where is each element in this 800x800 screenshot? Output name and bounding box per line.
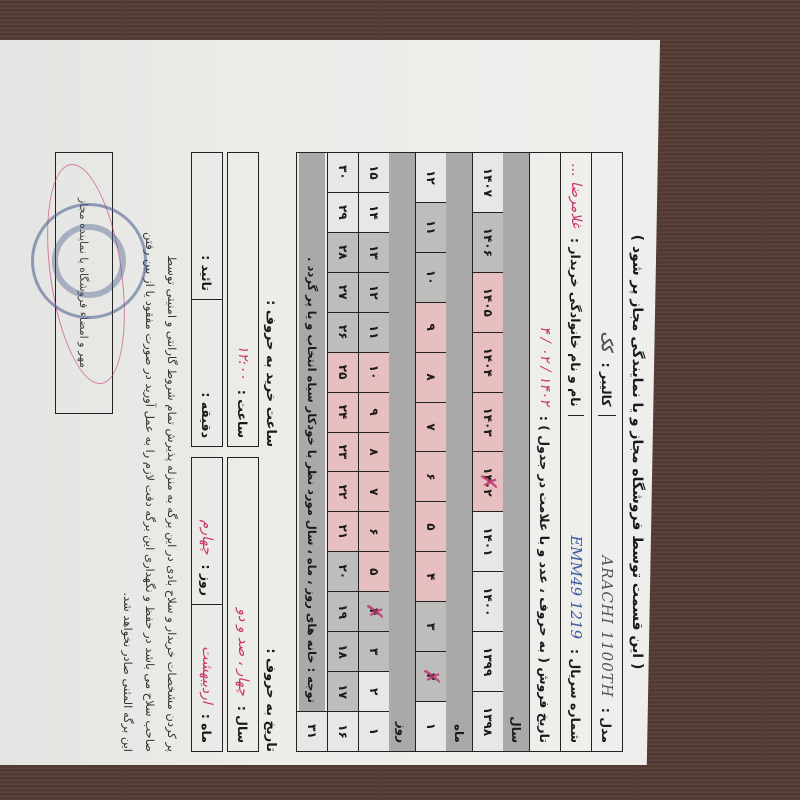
year-cell[interactable]: ۱۴۰۷ [473,153,503,212]
warranty-form: ( این قسمت توسط فروشگاه مجاز و یا نمایند… [25,152,645,752]
year-cell[interactable]: ۱۳۹۸ [473,691,503,751]
serial-row: شماره سریال : EMM49 1219 نام و نام خانوا… [560,153,591,751]
day-cell[interactable]: ۵ [359,551,389,591]
purchase-time-label: ساعت خرید به حروف : [263,152,278,447]
warranty-paper: ( این قسمت توسط فروشگاه مجاز و یا نمایند… [0,40,660,765]
model-row: مدل : ARACHI 1100TH کالیبر : کک [591,153,622,751]
month-cell[interactable]: ۹ [416,302,446,352]
day-cell[interactable]: ۱۸ [328,631,358,671]
day-cell[interactable]: ۲۴ [328,392,358,432]
sale-date-label: تاریخ فروش ( به حروف ، عدد و با علامت در… [538,416,553,743]
date-words-day: روز : چهارم [192,458,222,605]
year-cell[interactable]: ۱۴۰۵ [473,272,503,332]
buyer-value: غلامرضا ... [568,163,584,228]
date-words-month: ماه : اردیبهشت [192,605,222,751]
caliber-value: کک [598,332,616,353]
month-cell[interactable]: ۵ [416,501,446,551]
day-cell[interactable]: ۲۶ [328,312,358,352]
year-cell[interactable]: ۱۴۰۴ [473,332,503,392]
note-row: ۳۱ توجه : خانه های روز ، ماه ، سال مورد … [297,153,327,751]
year-words-value: چهار ، صد و دو [235,608,251,695]
time-confirm: تائید : [192,153,222,300]
day-cell[interactable]: ۲ [359,671,389,711]
month-grid-wrap: ۱۲۳۴۵۶۷۸۹۱۰۱۱۱۲ [415,153,446,751]
day-cell[interactable]: ۳ [359,631,389,671]
year-band: سال [503,153,529,751]
minute-label: دقیقه : [200,392,215,438]
model-field: مدل : ARACHI 1100TH [598,416,616,751]
day-cell[interactable]: ۲۱ [328,511,358,551]
year-grid-wrap: ۱۳۹۸۱۳۹۹۱۴۰۰۱۴۰۱۱۴۰۲۱۴۰۳۱۴۰۴۱۴۰۵۱۴۰۶۱۴۰۷ [472,153,503,751]
caliber-field: کالیبر : کک [598,153,616,416]
date-words-section: تاریخ به حروف : سال : چهار ، صد و دو ماه… [191,457,286,752]
caliber-label: کالیبر : [600,363,615,407]
stamp-row: مهر و امضاء فروشگاه یا نماینده مجاز [55,152,117,752]
month-cell[interactable]: ۱۲ [416,153,446,202]
stamp-box: مهر و امضاء فروشگاه یا نماینده مجاز [55,152,113,414]
lower-section: تاریخ به حروف : سال : چهار ، صد و دو ماه… [191,152,286,752]
day-words-label: روز : [200,564,215,596]
serial-label: شماره سریال : [569,649,584,743]
day-cell[interactable]: ۲۹ [328,192,358,232]
day-cell[interactable]: ۱۶ [328,711,358,751]
day-cell[interactable]: ۱۲ [359,272,389,312]
time-minute-confirm-box: دقیقه : تائید : [191,152,223,447]
sale-date-value: ۱۴۰۲ / ۰۲ / ۴ [537,326,553,406]
day-cell[interactable]: ۱۰ [359,352,389,392]
serial-field: شماره سریال : EMM49 1219 [567,416,585,751]
month-band: ماه [446,153,472,751]
year-cell[interactable]: ۱۳۹۹ [473,631,503,691]
day-band: روز [389,153,415,751]
day-cell[interactable]: ۲۲ [328,471,358,511]
day-grid-wrap: ۱۲۳۴۵۶۷۸۹۱۰۱۱۱۲۱۳۱۴۱۵ ۱۶۱۷۱۸۱۹۲۰۲۱۲۲۲۳۲۴… [327,153,389,751]
date-words-year: سال : چهار ، صد و دو [228,458,258,751]
hour-value: ۱۲:۰۰ [235,345,251,380]
day-cell[interactable]: ۱۹ [328,591,358,631]
form-table: مدل : ARACHI 1100TH کالیبر : کک شماره سر… [296,152,623,752]
day-cell[interactable]: ۱۷ [328,671,358,711]
day-cell-31[interactable]: ۳۱ [297,711,327,751]
day-cell[interactable]: ۳۰ [328,153,358,192]
date-words-year-box: سال : چهار ، صد و دو [227,457,259,752]
model-value: ARACHI 1100TH [598,555,616,697]
day-cell[interactable]: ۶ [359,511,389,551]
time-section: ساعت خرید به حروف : ساعت : ۱۲:۰۰ دقیقه :… [191,152,286,447]
sale-date-field: تاریخ فروش ( به حروف ، عدد و با علامت در… [537,153,553,751]
day-cell[interactable]: ۲۷ [328,272,358,312]
year-grid: ۱۳۹۸۱۳۹۹۱۴۰۰۱۴۰۱۱۴۰۲۱۴۰۳۱۴۰۴۱۴۰۵۱۴۰۶۱۴۰۷ [473,153,503,751]
note-text: توجه : خانه های روز ، ماه ، سال مورد نظر… [299,153,325,711]
year-cell[interactable]: ۱۴۰۰ [473,571,503,631]
month-cell[interactable]: ۱۱ [416,202,446,252]
day-cell[interactable]: ۲۸ [328,232,358,272]
form-title: ( این قسمت توسط فروشگاه مجاز و یا نمایند… [629,152,645,752]
month-cell[interactable]: ۳ [416,601,446,651]
time-minute: دقیقه : [192,300,222,446]
month-cell[interactable]: ۱۰ [416,252,446,302]
month-cell[interactable]: ۸ [416,352,446,402]
date-words-month-day-box: ماه : اردیبهشت روز : چهارم [191,457,223,752]
time-hour: ساعت : ۱۲:۰۰ [228,153,258,446]
buyer-label: نام و نام خانوادگی خریدار : [569,238,584,407]
day-words-value: چهارم [199,520,215,555]
year-cell[interactable]: ۱۴۰۳ [473,392,503,452]
footer-line-1: پر کردن مشخصات خریدار و سلاح بادی در این… [161,152,183,752]
confirm-label: تائید : [200,255,215,291]
sale-date-row: تاریخ فروش ( به حروف ، عدد و با علامت در… [529,153,560,751]
day-cell[interactable]: ۲۳ [328,432,358,472]
day-cell[interactable]: ۱۱ [359,312,389,352]
month-cell[interactable]: ۶ [416,451,446,501]
day-cell[interactable]: ۱۴ [359,192,389,232]
day-cell[interactable]: ۲۰ [328,551,358,591]
month-grid: ۱۲۳۴۵۶۷۸۹۱۰۱۱۱۲ [416,153,446,751]
day-cell[interactable]: ۱۵ [359,153,389,192]
month-words-value: اردیبهشت [199,646,215,704]
time-hour-box: ساعت : ۱۲:۰۰ [227,152,259,447]
year-cell[interactable]: ۱۴۰۶ [473,212,503,272]
month-cell[interactable]: ۷ [416,402,446,452]
buyer-field: نام و نام خانوادگی خریدار : غلامرضا ... [568,153,584,416]
stamp-seal-icon [31,203,147,319]
month-cell[interactable]: ۱ [416,701,446,751]
date-words-label: تاریخ به حروف : [263,457,278,752]
day-grid-row-1: ۱۲۳۴۵۶۷۸۹۱۰۱۱۱۲۱۳۱۴۱۵ [359,153,389,751]
year-words-label: سال : [236,706,251,743]
year-cell[interactable]: ۱۴۰۱ [473,511,503,571]
day-cell[interactable]: ۱۳ [359,232,389,272]
hour-label: ساعت : [236,390,251,438]
day-cell[interactable]: ۱ [359,711,389,751]
day-grid-row-2: ۱۶۱۷۱۸۱۹۲۰۲۱۲۲۲۳۲۴۲۵۲۶۲۷۲۸۲۹۳۰ [328,153,359,751]
day-cell[interactable]: ۷ [359,471,389,511]
day-cell[interactable]: ۲۵ [328,352,358,392]
year-cell[interactable]: ۱۴۰۲ [473,451,503,511]
month-cell[interactable]: ۲ [416,651,446,701]
month-cell[interactable]: ۴ [416,551,446,601]
day-31-wrap: ۳۱ [297,711,327,751]
day-cell[interactable]: ۴ [359,591,389,631]
day-cell[interactable]: ۹ [359,392,389,432]
month-words-label: ماه : [200,714,215,743]
serial-value: EMM49 1219 [567,535,585,639]
day-cell[interactable]: ۸ [359,432,389,472]
model-label: مدل : [600,708,615,743]
